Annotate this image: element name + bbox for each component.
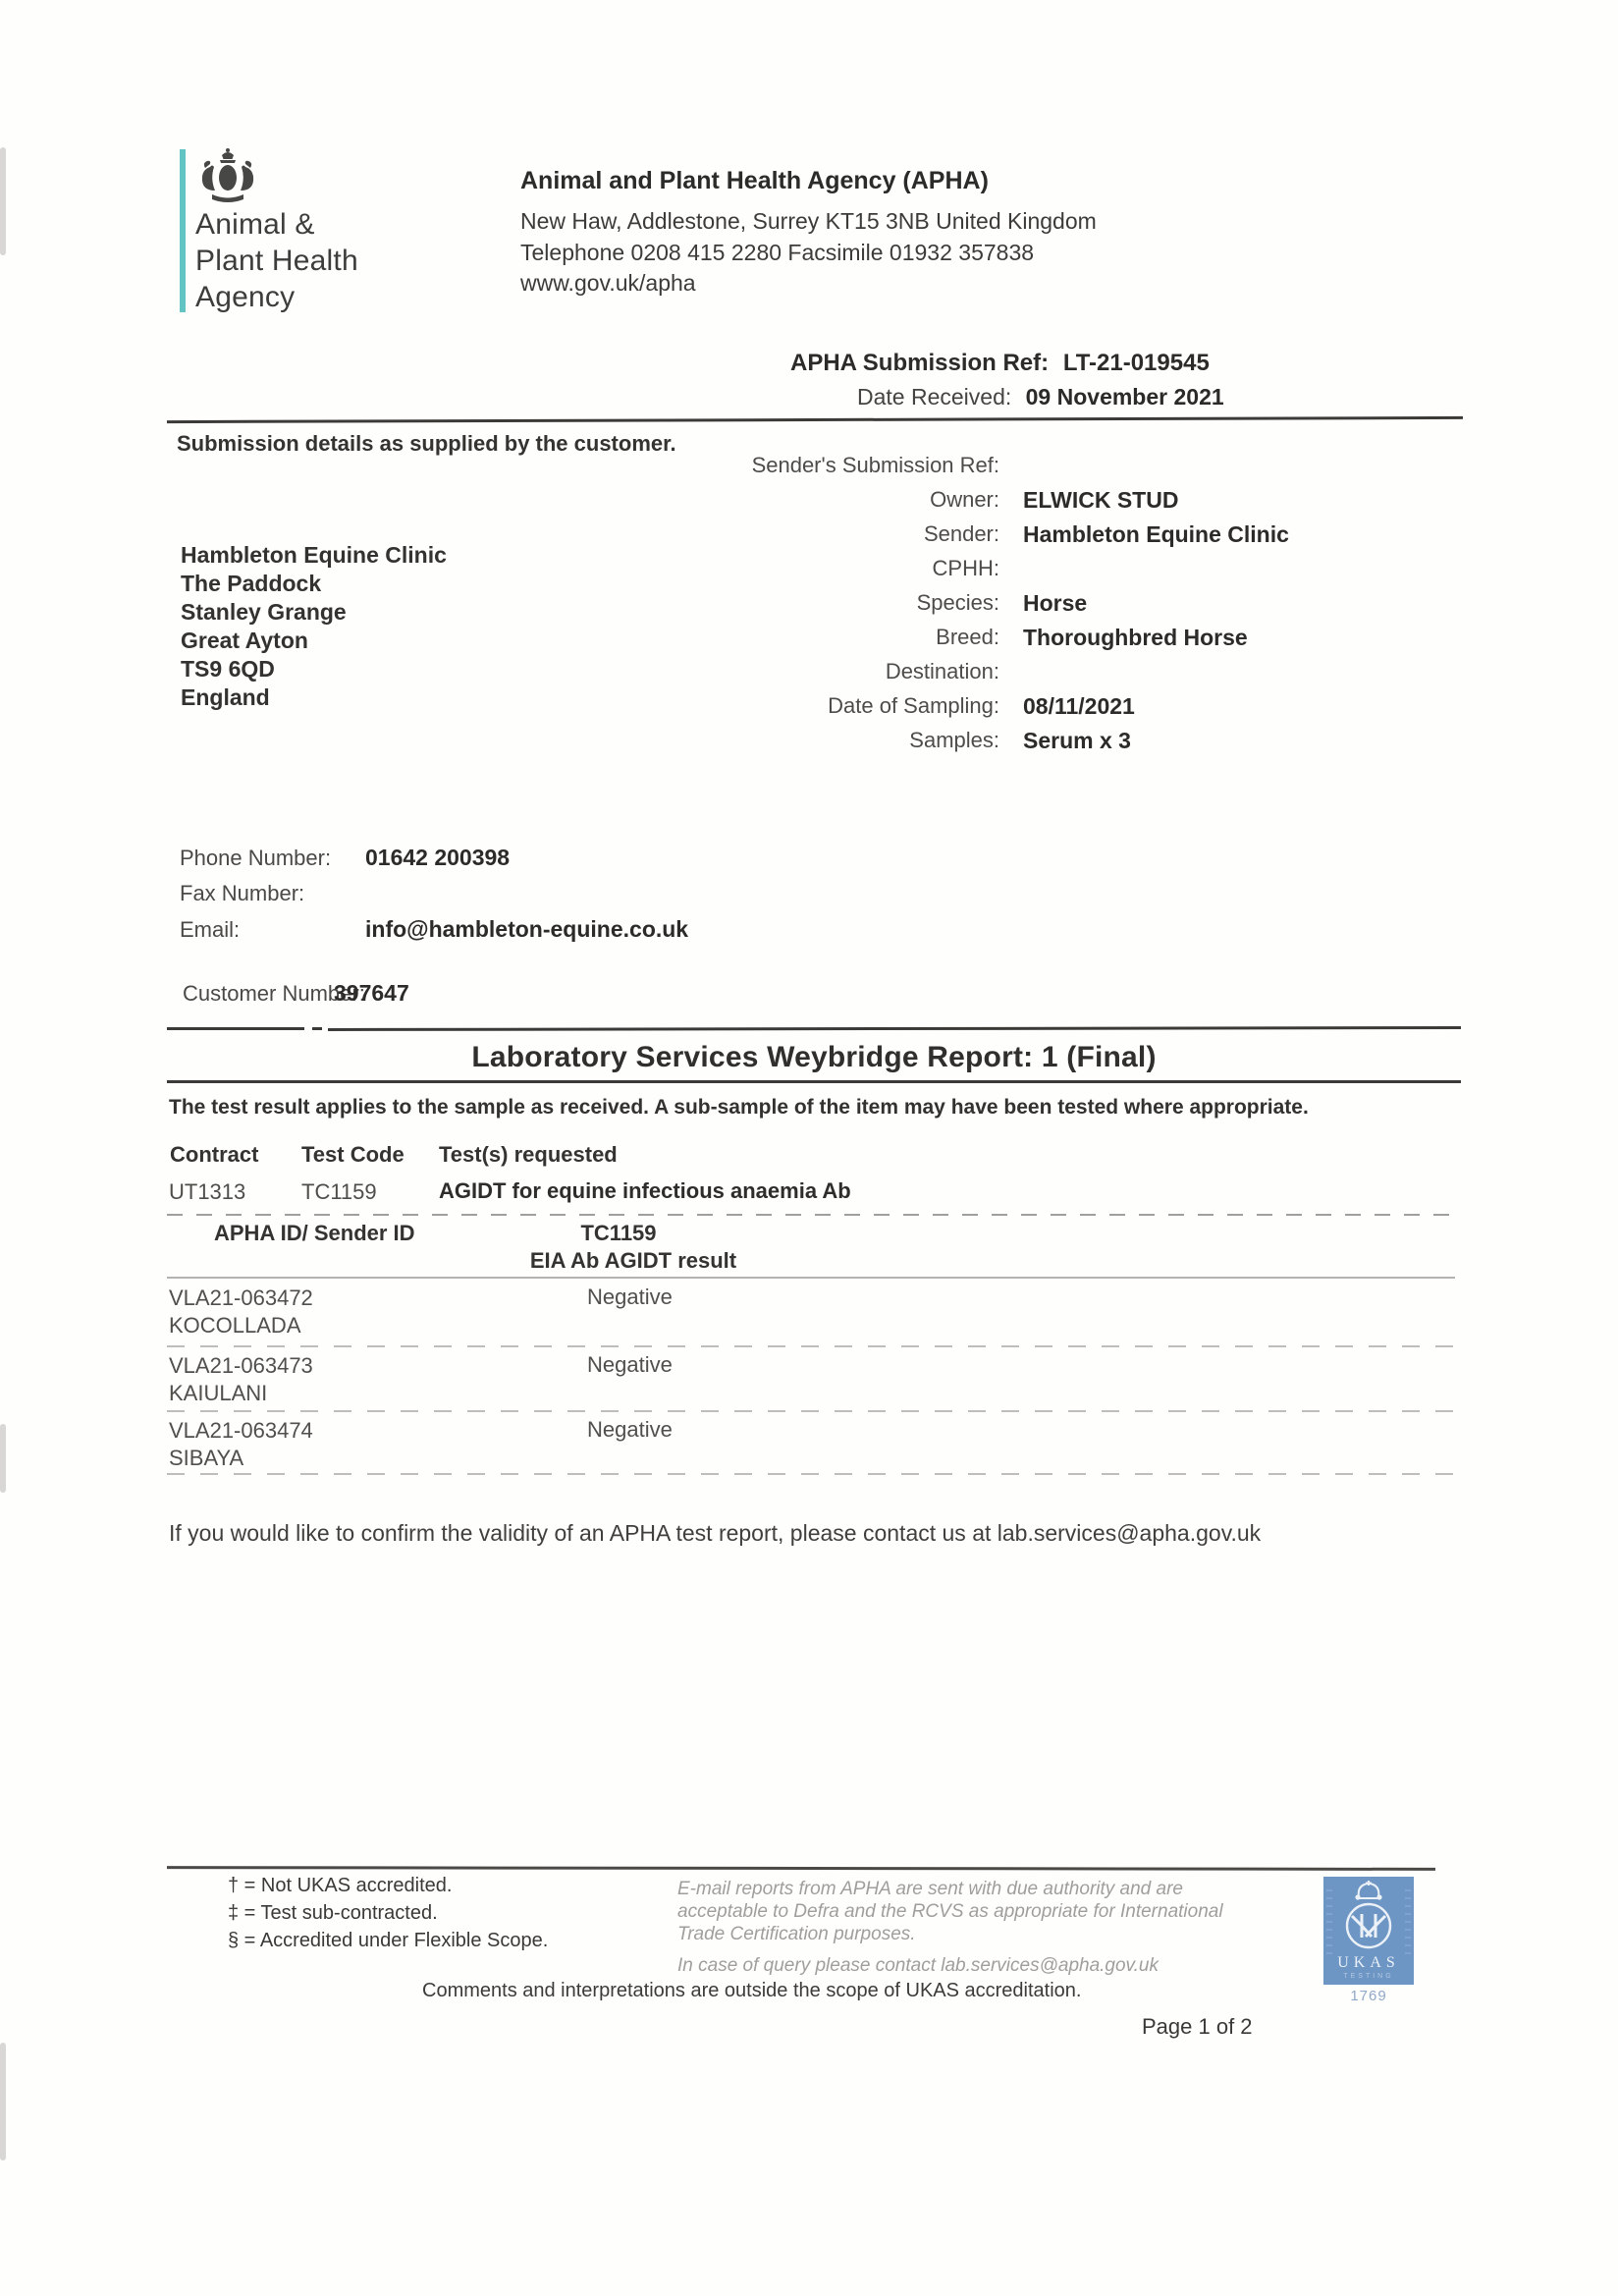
result-row-ids: VLA21-063474 SIBAYA xyxy=(169,1417,313,1472)
contract-value: UT1313 xyxy=(169,1179,245,1205)
address-line: Stanley Grange xyxy=(181,598,447,627)
scan-artifact xyxy=(0,2043,6,2160)
ukas-wordmark: UKAS xyxy=(1337,1954,1400,1971)
logo-accent-bar xyxy=(180,149,186,312)
address-line: The Paddock xyxy=(181,570,447,598)
email-label: Email: xyxy=(180,917,240,943)
report-title: Laboratory Services Weybridge Report: 1 … xyxy=(167,1041,1461,1074)
field-row: Destination: xyxy=(628,659,1289,693)
legend-line: ‡ = Test sub-contracted. xyxy=(228,1899,548,1927)
field-label: Samples: xyxy=(628,728,999,762)
authority-note-line: E-mail reports from APHA are sent with d… xyxy=(677,1878,1223,1900)
logo-line: Agency xyxy=(195,279,358,315)
legend-line: † = Not UKAS accredited. xyxy=(228,1872,548,1899)
footer-divider xyxy=(167,1866,1435,1871)
title-underline xyxy=(167,1080,1461,1083)
result-row-divider xyxy=(167,1345,1455,1347)
ukas-sub-label: TESTING xyxy=(1343,1973,1393,1980)
field-value: 08/11/2021 xyxy=(1023,693,1135,728)
authority-note-line: In case of query please contact lab.serv… xyxy=(677,1954,1223,1977)
field-label: Owner: xyxy=(628,487,999,521)
test-code-col-header: Test Code xyxy=(301,1142,404,1168)
result-row-ids: VLA21-063473 KAIULANI xyxy=(169,1352,313,1407)
field-row: Samples: Serum x 3 xyxy=(628,728,1289,762)
header-divider xyxy=(167,416,1463,423)
lab-report-page: Animal & Plant Health Agency Animal and … xyxy=(0,0,1618,2296)
agency-title: Animal and Plant Health Agency (APHA) xyxy=(520,167,1097,195)
field-row: CPHH: xyxy=(628,556,1289,590)
scan-artifact xyxy=(0,147,6,255)
scan-artifact xyxy=(0,1424,6,1493)
address-line: Great Ayton xyxy=(181,627,447,655)
results-id-header: APHA ID/ Sender ID xyxy=(214,1221,415,1246)
page-indicator: Page 1 of 2 xyxy=(1142,2014,1253,2040)
address-line: TS9 6QD xyxy=(181,655,447,683)
result-value: Negative xyxy=(587,1417,673,1443)
field-row: Sender: Hambleton Equine Clinic xyxy=(628,521,1289,556)
address-line: Hambleton Equine Clinic xyxy=(181,541,447,570)
contract-col-header: Contract xyxy=(170,1142,258,1168)
field-value: Serum x 3 xyxy=(1023,728,1131,762)
apha-submission-ref: APHA Submission Ref: LT-21-019545 xyxy=(790,350,1210,377)
address-line: England xyxy=(181,683,447,712)
authority-note-line: acceptable to Defra and the RCVS as appr… xyxy=(677,1900,1223,1923)
field-row: Owner: ELWICK STUD xyxy=(628,487,1289,521)
result-row-divider xyxy=(167,1410,1455,1412)
email-authority-note: E-mail reports from APHA are sent with d… xyxy=(677,1878,1223,1977)
field-label: Species: xyxy=(628,590,999,625)
comments-note: Comments and interpretations are outside… xyxy=(422,1980,1081,2002)
ukas-number: 1769 xyxy=(1323,1988,1414,2004)
field-label: Sender: xyxy=(628,521,999,556)
result-value: Negative xyxy=(587,1352,673,1378)
authority-note-line: Trade Certification purposes. xyxy=(677,1923,1223,1945)
date-received-value: 09 November 2021 xyxy=(1026,384,1224,410)
submission-fields: Sender's Submission Ref: Owner: ELWICK S… xyxy=(628,453,1289,762)
tests-requested-value: AGIDT for equine infectious anaemia Ab xyxy=(439,1178,851,1204)
field-row: Breed: Thoroughbred Horse xyxy=(628,625,1289,659)
royal-crest-icon xyxy=(195,147,260,204)
sender-id: KAIULANI xyxy=(169,1380,313,1407)
sender-id: KOCOLLADA xyxy=(169,1312,313,1339)
section-heading: Submission details as supplied by the cu… xyxy=(177,431,676,457)
field-value: Hambleton Equine Clinic xyxy=(1023,521,1289,556)
results-test-code-header: TC1159 xyxy=(530,1221,707,1246)
agency-phone-fax: Telephone 0208 415 2280 Facsimile 01932 … xyxy=(520,238,1097,269)
sender-id: SIBAYA xyxy=(169,1445,313,1472)
email-value: info@hambleton-equine.co.uk xyxy=(365,916,688,943)
test-code-value: TC1159 xyxy=(301,1179,377,1205)
customer-number-value: 397647 xyxy=(334,980,409,1007)
title-divider-dot xyxy=(312,1027,322,1030)
customer-address: Hambleton Equine Clinic The Paddock Stan… xyxy=(181,541,447,712)
field-value: Thoroughbred Horse xyxy=(1023,625,1248,659)
title-divider-segment xyxy=(167,1027,304,1030)
result-row-divider xyxy=(167,1473,1455,1475)
results-test-name-header: EIA Ab AGIDT result xyxy=(496,1248,771,1274)
agency-address: New Haw, Addlestone, Surrey KT15 3NB Uni… xyxy=(520,206,1097,238)
date-received-label: Date Received: xyxy=(857,384,1011,410)
legend-line: § = Accredited under Flexible Scope. xyxy=(228,1927,548,1954)
field-row: Species: Horse xyxy=(628,590,1289,625)
field-label: Breed: xyxy=(628,625,999,659)
apha-id: VLA21-063474 xyxy=(169,1417,313,1445)
title-divider xyxy=(328,1026,1461,1031)
field-row: Date of Sampling: 08/11/2021 xyxy=(628,693,1289,728)
fax-label: Fax Number: xyxy=(180,881,304,906)
apha-id: VLA21-063473 xyxy=(169,1352,313,1380)
phone-label: Phone Number: xyxy=(180,846,331,871)
tests-requested-col-header: Test(s) requested xyxy=(439,1142,618,1168)
logo-line: Animal & xyxy=(195,206,358,243)
agency-header: Animal and Plant Health Agency (APHA) Ne… xyxy=(520,167,1097,300)
submission-ref-label: APHA Submission Ref: xyxy=(790,350,1049,376)
date-received: Date Received: 09 November 2021 xyxy=(857,384,1224,410)
results-header-underline xyxy=(167,1277,1455,1279)
result-value: Negative xyxy=(587,1285,673,1310)
field-label: Sender's Submission Ref: xyxy=(628,453,999,487)
submission-ref-value: LT-21-019545 xyxy=(1063,350,1210,376)
apha-id: VLA21-063472 xyxy=(169,1285,313,1312)
report-note: The test result applies to the sample as… xyxy=(169,1096,1309,1120)
field-label: Date of Sampling: xyxy=(628,693,999,728)
result-row-ids: VLA21-063472 KOCOLLADA xyxy=(169,1285,313,1339)
field-label: Destination: xyxy=(628,659,999,693)
logo-line: Plant Health xyxy=(195,243,358,279)
field-value: ELWICK STUD xyxy=(1023,487,1178,521)
phone-value: 01642 200398 xyxy=(365,845,510,871)
field-row: Sender's Submission Ref: xyxy=(628,453,1289,487)
field-value: Horse xyxy=(1023,590,1087,625)
ukas-logo: UKAS TESTING xyxy=(1323,1877,1414,1985)
validity-note: If you would like to confirm the validit… xyxy=(169,1520,1261,1547)
agency-website: www.gov.uk/apha xyxy=(520,268,1097,300)
footnote-legend: † = Not UKAS accredited. ‡ = Test sub-co… xyxy=(228,1872,548,1954)
logo-wordmark: Animal & Plant Health Agency xyxy=(195,206,358,315)
field-label: CPHH: xyxy=(628,556,999,590)
table-divider xyxy=(167,1214,1455,1216)
